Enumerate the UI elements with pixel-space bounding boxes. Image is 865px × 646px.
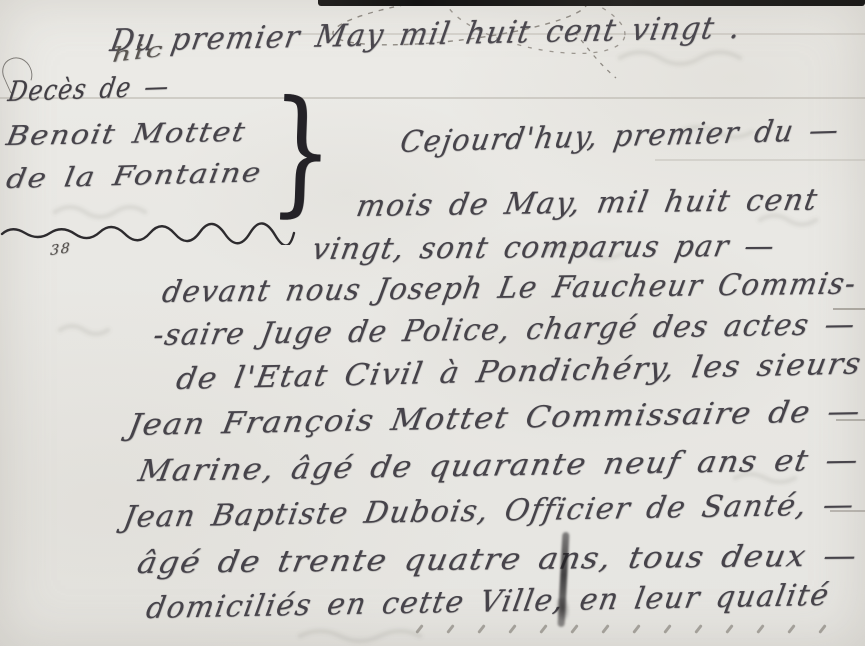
tick-mark: [725, 624, 734, 634]
manuscript-page: Du premier May mil huit cent vingt . hic…: [0, 0, 865, 646]
tick-mark: [539, 624, 548, 634]
body-text-line: Jean François Mottet Commissaire de —: [126, 395, 864, 443]
body-text-line: Jean Baptiste Dubois, Officier de Santé,…: [121, 488, 858, 534]
body-text-line: devant nous Joseph Le Faucheur Commis-: [160, 268, 860, 310]
body-text-line: vingt, sont comparus par —: [309, 230, 778, 267]
margin-annotation-hic: hic: [112, 38, 166, 67]
body-text-line: -saire Juge de Police, chargé des actes …: [151, 308, 859, 353]
previous-entry-edge-line: [318, 0, 865, 6]
margin-title-line-3: de la Fontaine: [4, 158, 264, 195]
margin-title-line-1: Decès de —: [6, 70, 172, 107]
tick-mark: [415, 624, 424, 634]
body-text-line: Cejourd'huy, premier du —: [398, 114, 842, 160]
margin-title-line-2: Benoit Mottet: [4, 118, 249, 152]
tick-mark: [663, 624, 672, 634]
tick-mark: [601, 624, 610, 634]
body-text-line: mois de May, mil huit cent: [354, 184, 821, 224]
grouping-brace: }: [267, 73, 335, 231]
tick-mark: [446, 624, 455, 634]
tick-mark: [632, 624, 641, 634]
margin-number: 38: [50, 241, 72, 259]
body-text-line: domiciliés en cette Ville, en leur quali…: [144, 579, 833, 626]
tick-mark: [508, 624, 517, 634]
bleed-through-ticks: [418, 624, 824, 634]
tick-mark: [570, 624, 579, 634]
tick-mark: [477, 624, 486, 634]
tick-mark: [694, 624, 703, 634]
tick-mark: [787, 624, 796, 634]
body-text-line: de l'Etat Civil à Pondichéry, les sieurs: [174, 348, 865, 397]
margin-separator-squiggle: [0, 221, 296, 245]
faint-ruled-line: [655, 159, 865, 161]
body-text-line: âgé de trente quatre ans, tous deux —: [135, 539, 861, 580]
tick-mark: [818, 624, 827, 634]
tick-mark: [756, 624, 765, 634]
body-text-line: Marine, âgé de quarante neuf ans et —: [136, 444, 862, 489]
